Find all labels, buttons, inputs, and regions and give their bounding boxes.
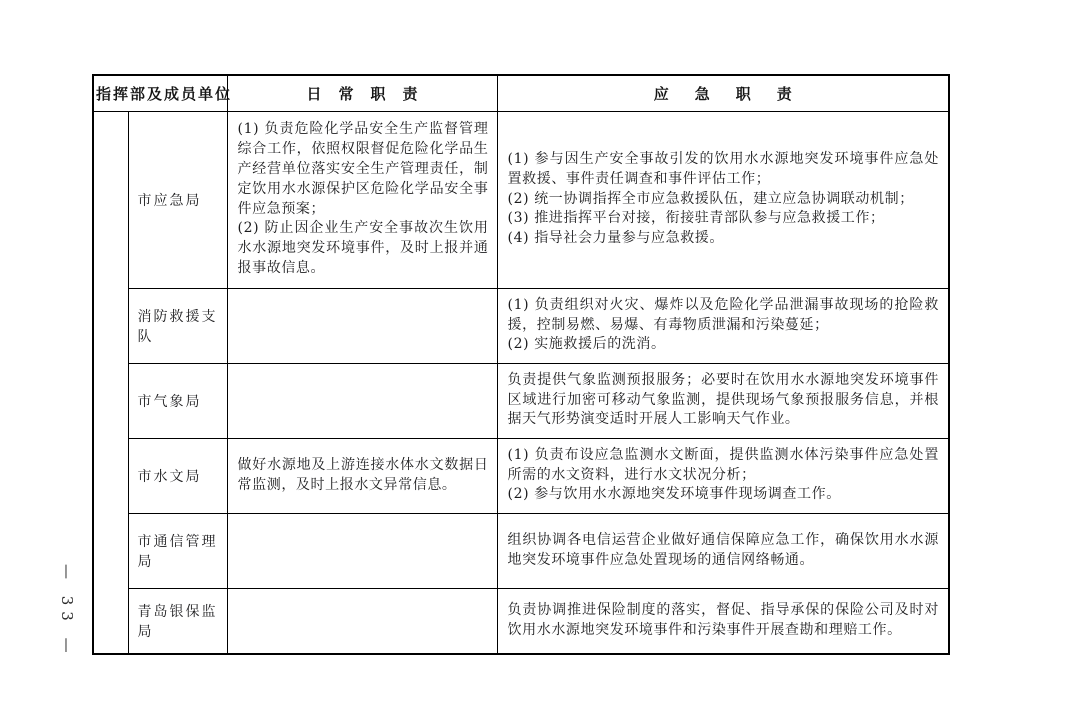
emergency-cell: (1) 负责组织对火灾、爆炸以及危险化学品泄漏事故现场的抢险救援，控制易燃、易爆… [497,288,949,363]
table-row: 市应急局(1) 负责危险化学品安全生产监督管理综合工作，依照权限督促危险化学品生… [93,111,949,288]
unit-cell: 市应急局 [128,111,227,288]
emergency-cell: 组织协调各电信运营企业做好通信保障应急工作，确保饮用水水源地突发环境事件应急处置… [497,513,949,588]
unit-cell: 市水文局 [128,438,227,513]
duty-table-body: 市应急局(1) 负责危险化学品安全生产监督管理综合工作，依照权限督促危险化学品生… [93,111,949,654]
daily-cell: (1) 负责危险化学品安全生产监督管理综合工作，依照权限督促危险化学品生产经营单… [227,111,497,288]
duty-table: 指挥部及成员单位 日常职责 应急职责 市应急局(1) 负责危险化学品安全生产监督… [92,74,950,655]
emergency-cell: (1) 负责布设应急监测水文断面，提供监测水体污染事件应急处置所需的水文资料，进… [497,438,949,513]
daily-cell [227,288,497,363]
document-page: — 33 — 指挥部及成员单位 日常职责 应急职责 市应急局(1) 负责危险化学… [0,0,1069,728]
header-daily-duties-column: 日常职责 [227,75,497,111]
table-row: 消防救援支队(1) 负责组织对火灾、爆炸以及危险化学品泄漏事故现场的抢险救援，控… [93,288,949,363]
daily-cell [227,588,497,654]
daily-cell [227,513,497,588]
unit-cell: 消防救援支队 [128,288,227,363]
table-row: 青岛银保监局负责协调推进保险制度的落实，督促、指导承保的保险公司及时对饮用水水源… [93,588,949,654]
table-row: 市气象局负责提供气象监测预报服务；必要时在饮用水水源地突发环境事件区域进行加密可… [93,363,949,438]
daily-cell [227,363,497,438]
table-row: 市水文局做好水源地及上游连接水体水文数据日常监测，及时上报水文异常信息。(1) … [93,438,949,513]
emergency-cell: 负责协调推进保险制度的落实，督促、指导承保的保险公司及时对饮用水水源地突发环境事… [497,588,949,654]
emergency-cell: (1) 参与因生产安全事故引发的饮用水水源地突发环境事件应急处置救援、事件责任调… [497,111,949,288]
unit-cell: 青岛银保监局 [128,588,227,654]
page-number: — 33 — [54,552,80,670]
left-spacer-cell [93,111,128,654]
unit-cell: 市气象局 [128,363,227,438]
table-row: 市通信管理局组织协调各电信运营企业做好通信保障应急工作，确保饮用水水源地突发环境… [93,513,949,588]
table-header-row: 指挥部及成员单位 日常职责 应急职责 [93,75,949,111]
header-emergency-duties-column: 应急职责 [497,75,949,111]
daily-cell: 做好水源地及上游连接水体水文数据日常监测，及时上报水文异常信息。 [227,438,497,513]
unit-cell: 市通信管理局 [128,513,227,588]
header-unit-column: 指挥部及成员单位 [93,75,227,111]
emergency-cell: 负责提供气象监测预报服务；必要时在饮用水水源地突发环境事件区域进行加密可移动气象… [497,363,949,438]
